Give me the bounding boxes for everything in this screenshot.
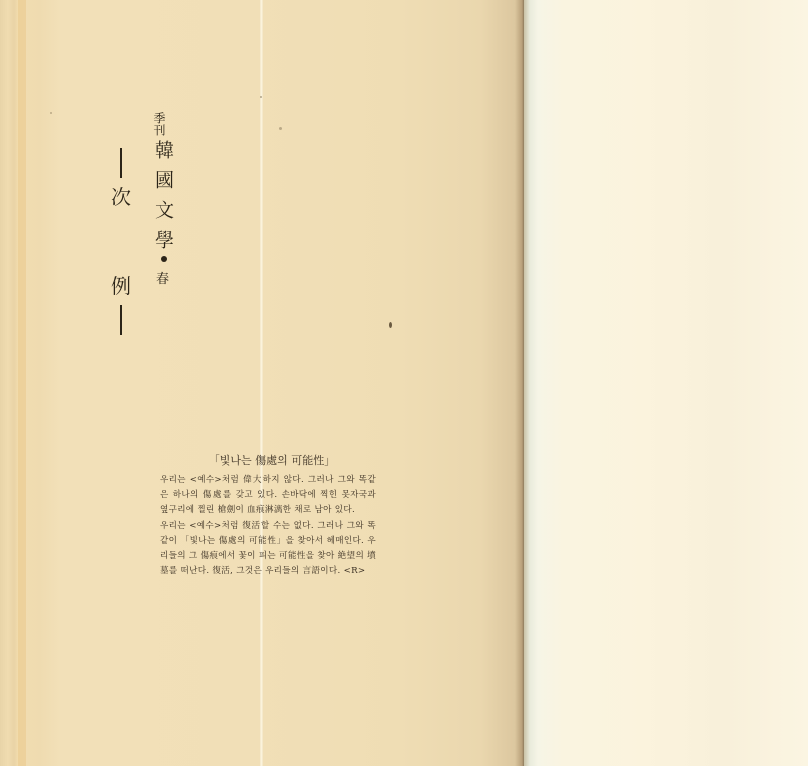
- toc-rule-top: [120, 148, 122, 178]
- toc-rule-bottom: [120, 305, 122, 335]
- season-char: 春: [156, 268, 169, 287]
- season-label: 季刊: [152, 112, 166, 136]
- page-crease: [260, 0, 263, 766]
- title-separator-dot: [161, 256, 167, 262]
- paper-speck: [260, 96, 262, 98]
- epigraph-paragraph-2: 우리는 <예수>처럼 復活할 수는 없다. 그러나 그와 똑같이 「빛나는 傷處…: [160, 519, 376, 580]
- paper-speck: [279, 127, 282, 130]
- paper-speck: [389, 322, 392, 328]
- epigraph: 「빛나는 傷處의 可能性」 우리는 <예수>처럼 偉大하지 않다. 그러나 그와…: [160, 452, 376, 579]
- paper-speck: [50, 112, 52, 114]
- journal-title: 韓國文學: [152, 140, 174, 260]
- epigraph-title: 「빛나는 傷處의 可能性」: [168, 452, 376, 468]
- toc-heading-char-2: 例: [111, 270, 131, 299]
- page-edge-stain: [18, 0, 26, 766]
- left-page: 季刊 韓國文學 春 次 例 「빛나는 傷處의 可能性」 우리는 <예수>처럼 偉…: [0, 0, 524, 766]
- right-page: [524, 0, 808, 766]
- epigraph-paragraph-1: 우리는 <예수>처럼 偉大하지 않다. 그러나 그와 똑같은 하나의 傷處를 갖…: [160, 473, 376, 519]
- toc-heading-char-1: 次: [111, 181, 131, 210]
